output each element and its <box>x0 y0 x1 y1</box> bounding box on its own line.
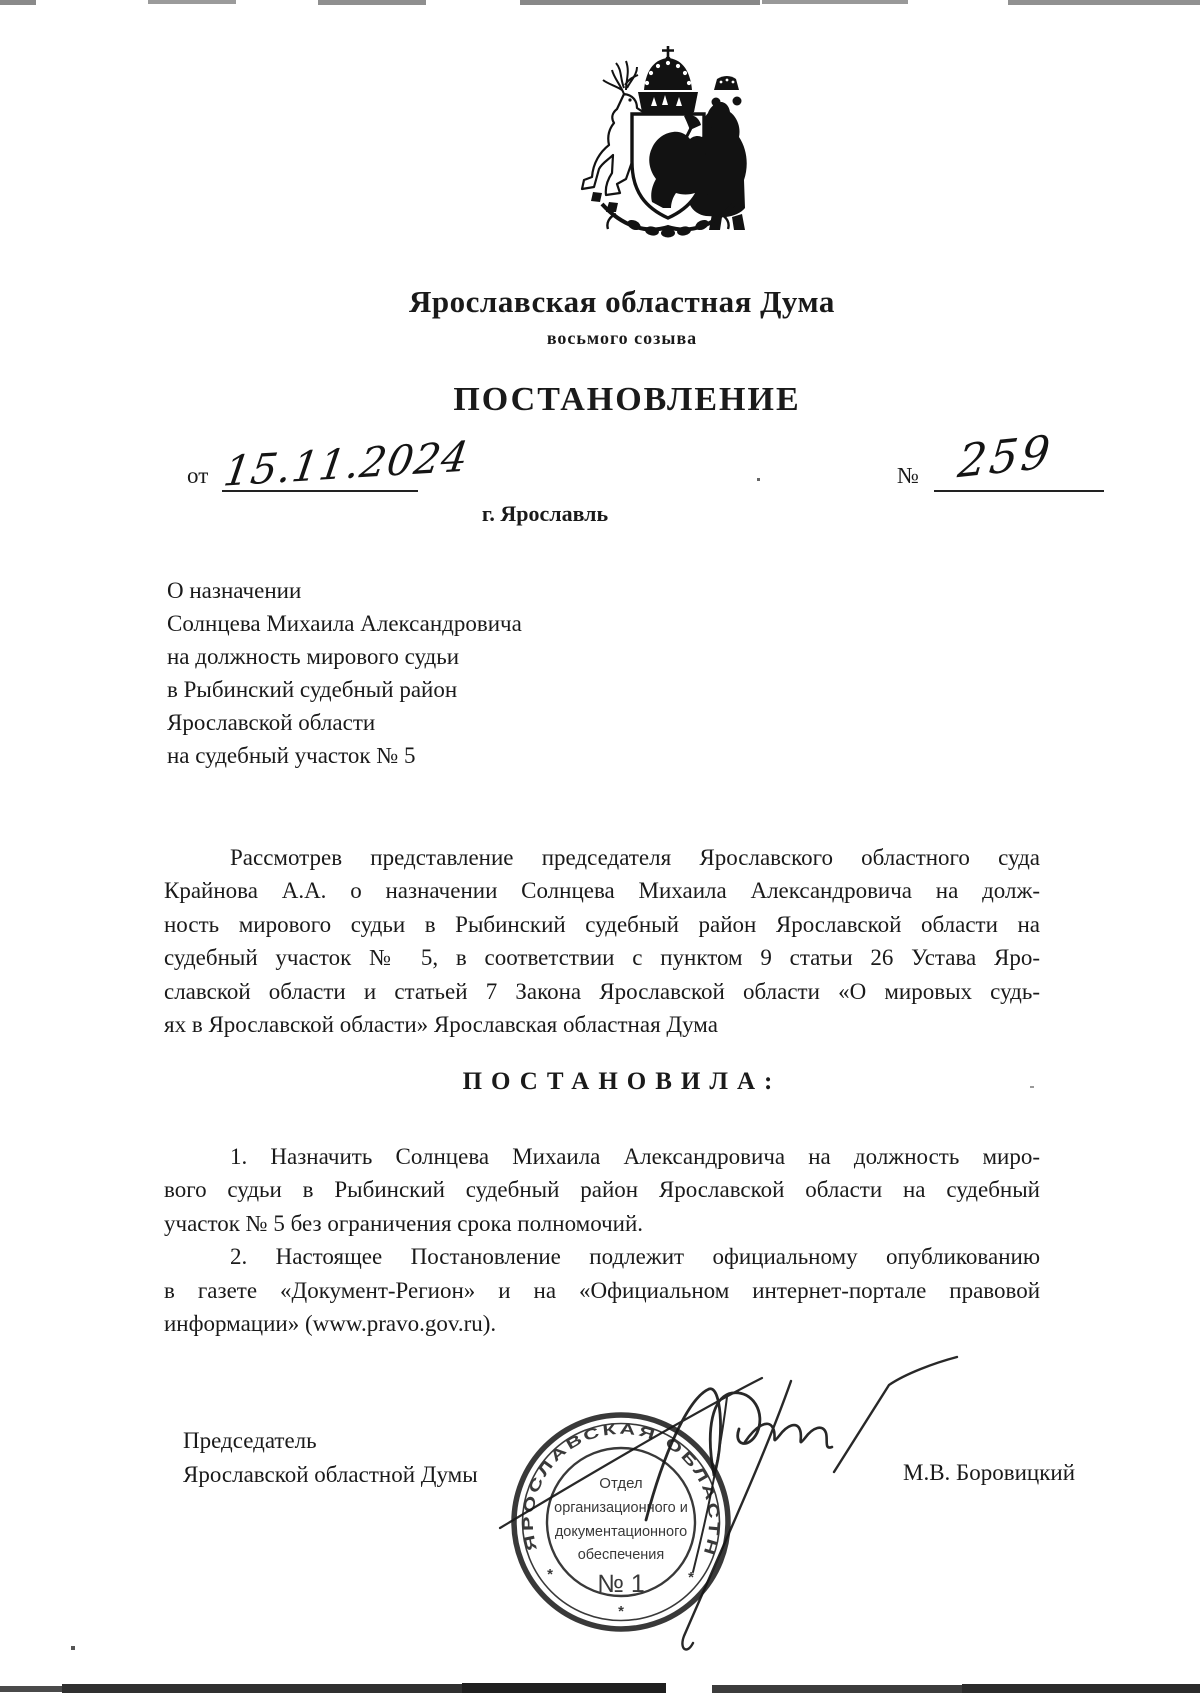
item-line: информации» (www.pravo.gov.ru). <box>164 1307 1040 1340</box>
scan-artifact <box>757 478 760 481</box>
scan-artifact <box>318 0 426 5</box>
handwritten-date: 15.11.2024 <box>221 432 473 495</box>
position-line: Председатель <box>183 1424 478 1458</box>
subject-line: О назначении <box>167 574 767 607</box>
item-line: 1. Назначить Солнцева Михаила Александро… <box>164 1140 1040 1173</box>
subject-line: на должность мирового судьи <box>167 640 767 673</box>
stamp-separator: * <box>688 1569 694 1586</box>
stamp-line: организационного и <box>554 1500 688 1516</box>
item-line: вого судьи в Рыбинский судебный район Яр… <box>164 1173 1040 1206</box>
scan-artifact <box>1030 1086 1034 1088</box>
scan-artifact <box>462 1683 666 1693</box>
signatory-name: М.В. Боровицкий <box>903 1456 1075 1490</box>
convocation-subtitle: восьмого созыва <box>172 328 1072 349</box>
preamble-line: судебный участок № 5, в соответствии с п… <box>164 941 1040 974</box>
date-underline <box>222 490 418 492</box>
preamble-line: Рассмотрев представление председателя Яр… <box>164 841 1040 874</box>
scan-artifact <box>762 0 908 4</box>
number-label: № <box>897 463 919 489</box>
handwritten-number: 259 <box>955 425 1055 489</box>
item-line: участок № 5 без ограничения срока полном… <box>164 1207 1040 1240</box>
scan-artifact <box>148 0 236 4</box>
stamp-line: Отдел <box>599 1475 642 1492</box>
preamble-line: Крайнова А.А. о назначении Солнцева Миха… <box>164 874 1040 907</box>
subject-block: О назначении Солнцева Михаила Александро… <box>167 574 767 772</box>
document-page: Ярославская областная Дума восьмого созы… <box>0 0 1200 1693</box>
resolved-heading: ПОСТАНОВИЛА: <box>172 1068 1072 1096</box>
signatory-position: Председатель Ярославской областной Думы <box>183 1424 478 1492</box>
stamp-line: обеспечения <box>578 1547 665 1563</box>
scan-artifact <box>71 1646 75 1650</box>
city-line: г. Ярославль <box>460 501 630 527</box>
subject-line: Солнцева Михаила Александровича <box>167 607 767 640</box>
subject-line: в Рыбинский судебный район <box>167 673 767 706</box>
scan-artifact <box>1008 0 1200 5</box>
subject-line: Ярославской области <box>167 706 767 739</box>
official-stamp: ЯРОСЛАВСКАЯ ОБЛАСТНАЯ ДУМА * * * Отдел о… <box>505 1406 737 1638</box>
subject-line: на судебный участок № 5 <box>167 739 767 772</box>
date-label: от <box>187 463 208 489</box>
scan-artifact <box>62 1684 462 1693</box>
scan-artifact <box>0 1686 62 1692</box>
position-line: Ярославской областной Думы <box>183 1458 478 1492</box>
number-underline <box>934 490 1104 492</box>
scan-artifact <box>712 1685 962 1693</box>
stamp-number: № 1 <box>597 1570 645 1598</box>
resolution-items: 1. Назначить Солнцева Михаила Александро… <box>164 1140 1040 1340</box>
organization-title: Ярославская областная Дума <box>172 284 1072 320</box>
preamble-line: славской области и статьей 7 Закона Ярос… <box>164 975 1040 1008</box>
stamp-line: документационного <box>555 1524 687 1540</box>
scan-artifact <box>0 0 36 5</box>
preamble-line: ях в Ярославской области» Ярославская об… <box>164 1008 1040 1041</box>
coat-of-arms-icon <box>572 44 768 238</box>
preamble-paragraph: Рассмотрев представление председателя Яр… <box>164 841 1040 1041</box>
item-line: 2. Настоящее Постановление подлежит офиц… <box>164 1240 1040 1273</box>
stamp-separator: * <box>618 1603 624 1620</box>
item-line: в газете «Документ-Регион» и на «Официал… <box>164 1274 1040 1307</box>
stamp-separator: * <box>547 1566 553 1583</box>
scan-artifact <box>520 0 760 5</box>
preamble-line: ность мирового судьи в Рыбинский судебны… <box>164 908 1040 941</box>
scan-artifact <box>962 1684 1200 1693</box>
document-type-title: ПОСТАНОВЛЕНИЕ <box>177 381 1077 419</box>
